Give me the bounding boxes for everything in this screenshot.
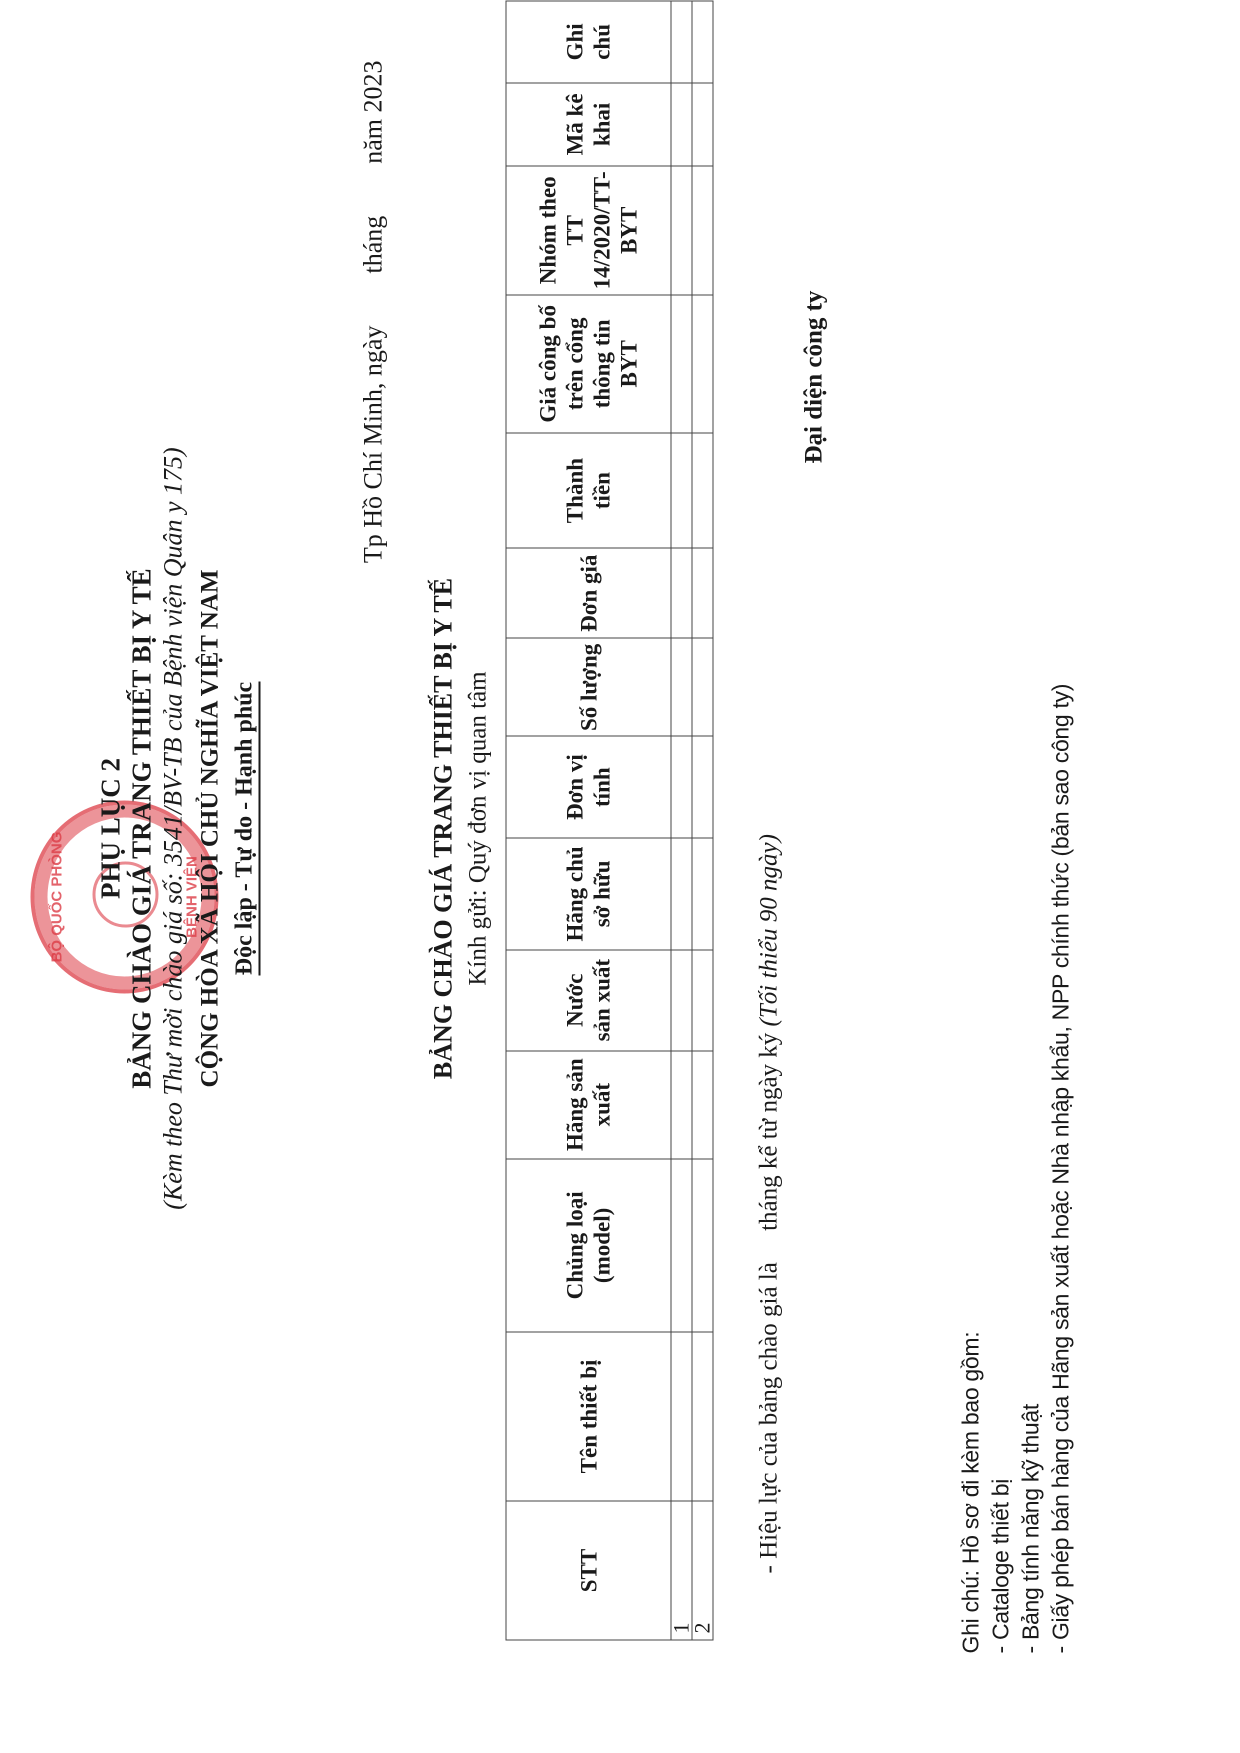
table-cell — [692, 1158, 713, 1331]
notes-item: - Cataloge thiết bị — [985, 683, 1015, 1653]
company-representative-label: Đại diện công ty — [800, 290, 828, 463]
column-header: Thành tiền — [506, 433, 671, 548]
table-cell — [671, 548, 692, 638]
table-cell — [692, 837, 713, 949]
table-cell — [692, 166, 713, 294]
table-cell — [671, 1050, 692, 1158]
national-title: CỘNG HÒA XÃ HỘI CHỦ NGHĨA VIỆT NAM — [193, 403, 227, 1253]
table-header-row: STTTên thiết bịChủng loại (model)Hãng sả… — [506, 1, 671, 1640]
notes-item: - Bảng tính năng kỹ thuật — [1015, 683, 1045, 1653]
table-cell: 1 — [671, 1501, 692, 1640]
document-subtitle: (Kèm theo Thư mời chào giá số: 3541/BV-T… — [157, 403, 189, 1253]
table-row: 2 — [692, 1, 713, 1640]
column-header: Mã kê khai — [506, 82, 671, 165]
appendix-label: PHỤ LỤC 2 — [95, 403, 125, 1253]
table-cell — [692, 1331, 713, 1500]
column-header: Đơn giá — [506, 548, 671, 638]
column-header: Ghi chú — [506, 1, 671, 83]
place-date-line: Tp Hồ Chí Minh, ngày tháng năm 2023 — [358, 60, 388, 563]
table-cell: 2 — [692, 1501, 713, 1640]
table-cell — [671, 949, 692, 1050]
column-header: Số lượng — [506, 638, 671, 736]
table-cell — [692, 1050, 713, 1158]
document-page: BỘ QUỐC PHÒNG BỆNH VIỆN PHỤ LỤC 2 BẢNG C… — [0, 0, 1240, 1753]
table-cell — [671, 166, 692, 294]
table-cell — [692, 548, 713, 638]
attachments-notes: Ghi chú: Hồ sơ đi kèm bao gồm: - Catalog… — [955, 683, 1075, 1653]
notes-item: - Giấy phép bán hàng của Hãng sản xuất h… — [1045, 683, 1075, 1653]
table-cell — [671, 433, 692, 548]
validity-text: - Hiệu lực của bảng chào giá là tháng kể… — [755, 1026, 782, 1573]
table-cell — [671, 1331, 692, 1500]
motto-text: Độc lập - Tự do - Hạnh phúc — [231, 681, 260, 974]
table-cell — [692, 949, 713, 1050]
table-cell — [692, 294, 713, 433]
document-header: PHỤ LỤC 2 BẢNG CHÀO GIÁ TRANG THIẾT BỊ Y… — [95, 403, 261, 1253]
national-motto: Độc lập - Tự do - Hạnh phúc — [227, 403, 261, 1253]
column-header: Tên thiết bị — [506, 1331, 671, 1500]
column-header: Nước sản xuất — [506, 949, 671, 1050]
stamp-top-text: BỘ QUỐC PHÒNG — [48, 804, 65, 989]
table-cell — [671, 294, 692, 433]
table-cell — [671, 82, 692, 165]
table-cell — [671, 837, 692, 949]
table-cell — [671, 736, 692, 838]
column-header: STT — [506, 1501, 671, 1640]
addressee-line: Kính gửi: Quý đơn vị quan tâm — [464, 403, 492, 1253]
quote-title: BẢNG CHÀO GIÁ TRANG THIẾT BỊ Y TẾ — [428, 403, 458, 1253]
table-cell — [692, 736, 713, 838]
table-cell — [692, 1, 713, 83]
table-row: 1 — [671, 1, 692, 1640]
table-cell — [671, 638, 692, 736]
quote-table: STTTên thiết bịChủng loại (model)Hãng sả… — [505, 0, 713, 1640]
table-cell — [692, 82, 713, 165]
table-cell — [692, 638, 713, 736]
column-header: Nhóm theo TT 14/2020/TT-BYT — [506, 166, 671, 294]
table-cell — [671, 1, 692, 83]
table-cell — [692, 433, 713, 548]
column-header: Hãng chủ sở hữu — [506, 837, 671, 949]
column-header: Giá công bố trên cổng thông tin BYT — [506, 294, 671, 433]
notes-heading: Ghi chú: Hồ sơ đi kèm bao gồm: — [955, 683, 985, 1653]
validity-line: - Hiệu lực của bảng chào giá là tháng kể… — [755, 834, 783, 1573]
document-title: BẢNG CHÀO GIÁ TRANG THIẾT BỊ Y TẾ — [125, 403, 157, 1253]
table-cell — [671, 1158, 692, 1331]
column-header: Chủng loại (model) — [506, 1158, 671, 1331]
column-header: Đơn vị tính — [506, 736, 671, 838]
validity-note: (Tối thiểu 90 ngày) — [755, 834, 782, 1026]
column-header: Hãng sản xuất — [506, 1050, 671, 1158]
